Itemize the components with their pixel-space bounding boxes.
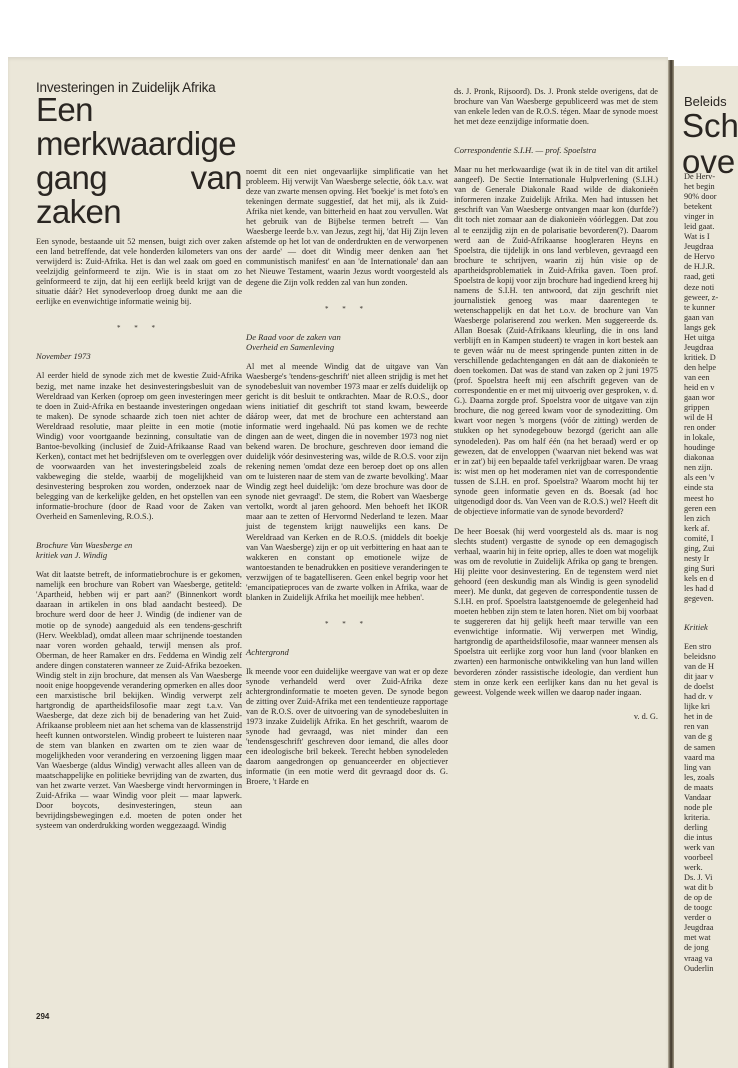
text-line: Jeugdraa xyxy=(684,923,738,933)
next-headline: Sch ove xyxy=(682,108,738,180)
text-line: betekent xyxy=(684,202,738,212)
text-line: ling van xyxy=(684,763,738,773)
next-page-fragment: Beleids Sch ove De Herv-het begin90% doo… xyxy=(674,66,738,1068)
subhead-brochure: Brochure Van Waesberge en kritiek van J.… xyxy=(36,540,242,560)
text-line: van de H xyxy=(684,662,738,672)
subhead-correspondentie: Correspondentie S.I.H. — prof. Spoelstra xyxy=(454,145,658,155)
text-line: les had d xyxy=(684,584,738,594)
text-line: vaard ma xyxy=(684,753,738,763)
text-line: verder o xyxy=(684,913,738,923)
text-line: kerk af. xyxy=(684,524,738,534)
text-line: van de g xyxy=(684,732,738,742)
text-line: werk. xyxy=(684,863,738,873)
text-line: het begin xyxy=(684,182,738,192)
text-line: als een 'v xyxy=(684,473,738,483)
text-line: wat dit b xyxy=(684,883,738,893)
text-line: met wat xyxy=(684,933,738,943)
text-line: van een xyxy=(684,373,738,383)
text-line: Ouderlin xyxy=(684,964,738,974)
text-line: deze noti xyxy=(684,283,738,293)
next-page-column: De Herv-het begin90% doorbetekentvinger … xyxy=(684,172,738,974)
text-line: geren een xyxy=(684,504,738,514)
text-line: houdinge xyxy=(684,443,738,453)
text-line: comité, I xyxy=(684,534,738,544)
text-line: node ple xyxy=(684,803,738,813)
text-line: te kunner xyxy=(684,303,738,313)
text-line: Jeugdraa xyxy=(684,343,738,353)
text-line: werk van xyxy=(684,843,738,853)
article-headline: Een merkwaardige gang van zaken xyxy=(36,93,242,229)
text-line: grippen xyxy=(684,403,738,413)
text-line: Wat is I xyxy=(684,232,738,242)
text-line: Vandaar xyxy=(684,793,738,803)
paragraph: noemt dit een niet ongevaarlijke simplif… xyxy=(246,167,448,288)
text-line: ging, Zui xyxy=(684,544,738,554)
magazine-page: Investeringen in Zuidelijk Afrika Een me… xyxy=(8,57,668,1068)
text-line: de toogc xyxy=(684,903,738,913)
text-line: vraag va xyxy=(684,954,738,964)
text-line: kels en d xyxy=(684,574,738,584)
paragraph: Maar nu het merkwaardige (wat ik in de t… xyxy=(454,165,658,517)
text-line: wil de H xyxy=(684,413,738,423)
paragraph: Ik meende voor een duidelijke weergave v… xyxy=(246,667,448,788)
text-line: leid gaat. xyxy=(684,222,738,232)
text-line: lijke kri xyxy=(684,702,738,712)
author-signature: v. d. G. xyxy=(454,712,658,722)
text-line: langs gek xyxy=(684,323,738,333)
text-line: het in de xyxy=(684,712,738,722)
next-page-lines: De Herv-het begin90% doorbetekentvinger … xyxy=(684,172,738,604)
subhead-november-1973: November 1973 xyxy=(36,351,242,361)
text-line: Jeugdraa xyxy=(684,242,738,252)
text-line: gaan van xyxy=(684,313,738,323)
subhead-achtergrond: Achtergrond xyxy=(246,647,448,657)
text-line: de H.J.R. xyxy=(684,262,738,272)
text-line: de samen xyxy=(684,743,738,753)
text-line: gegeven. xyxy=(684,594,738,604)
text-line: die intus xyxy=(684,833,738,843)
text-line: les, zoals xyxy=(684,773,738,783)
text-line: geweer, z- xyxy=(684,293,738,303)
text-line: 90% door xyxy=(684,192,738,202)
column-3: ds. J. Pronk, Rijsoord). Ds. J. Pronk st… xyxy=(454,87,658,722)
paragraph: Al met al meende Windig dat de uitgave v… xyxy=(246,362,448,603)
text-line: kritiek. D xyxy=(684,353,738,363)
text-line: de maats xyxy=(684,783,738,793)
text-line: diakonaa xyxy=(684,453,738,463)
intro-paragraph: Een synode, bestaande uit 52 mensen, bui… xyxy=(36,237,242,307)
next-page-lines: Een strobeleidsnovan de Hdit jaar vde do… xyxy=(684,642,738,974)
text-line: De Herv- xyxy=(684,172,738,182)
text-line: Een stro xyxy=(684,642,738,652)
text-line: meest ho xyxy=(684,494,738,504)
column-2: noemt dit een niet ongevaarlijke simplif… xyxy=(246,167,448,797)
subhead-raad: De Raad voor de zaken van Overheid en Sa… xyxy=(246,332,448,352)
text-line: kriteria. xyxy=(684,813,738,823)
text-line: ren onder xyxy=(684,423,738,433)
text-line: nesty Ir xyxy=(684,554,738,564)
section-divider: * * * xyxy=(246,304,448,314)
text-line: gaan wor xyxy=(684,393,738,403)
text-line: Het uitga xyxy=(684,333,738,343)
text-line: voorbeel xyxy=(684,853,738,863)
text-line: ren van xyxy=(684,722,738,732)
text-line: raad, geti xyxy=(684,272,738,282)
text-line: had dr. v xyxy=(684,692,738,702)
paragraph: De heer Boesak (hij werd voorgesteld als… xyxy=(454,527,658,698)
text-line: dit jaar v xyxy=(684,672,738,682)
section-divider: * * * xyxy=(246,619,448,629)
text-line: ging Suri xyxy=(684,564,738,574)
text-line: len zich xyxy=(684,514,738,524)
text-line: de op de xyxy=(684,893,738,903)
text-line: einde sta xyxy=(684,483,738,493)
next-subhead-kritiek: Kritiek xyxy=(684,622,738,632)
text-line: vinger in xyxy=(684,212,738,222)
section-divider: * * * xyxy=(36,323,242,333)
page-number: 294 xyxy=(36,1012,49,1021)
text-line: de jong xyxy=(684,943,738,953)
text-line: beleidsno xyxy=(684,652,738,662)
paragraph: ds. J. Pronk, Rijsoord). Ds. J. Pronk st… xyxy=(454,87,658,127)
text-line: nen zijn. xyxy=(684,463,738,473)
text-line: heid en v xyxy=(684,383,738,393)
column-1: Investeringen in Zuidelijk Afrika Een me… xyxy=(36,83,242,841)
text-line: de doelst xyxy=(684,682,738,692)
text-line: Ds. J. Vi xyxy=(684,873,738,883)
text-line: de Hervo xyxy=(684,252,738,262)
paragraph: Wat dit laatste betreft, de informatiebr… xyxy=(36,570,242,831)
text-line: derling xyxy=(684,823,738,833)
text-line: den helpe xyxy=(684,363,738,373)
text-line: in lokale, xyxy=(684,433,738,443)
paragraph: Al eerder hield de synode zich met de kw… xyxy=(36,371,242,522)
